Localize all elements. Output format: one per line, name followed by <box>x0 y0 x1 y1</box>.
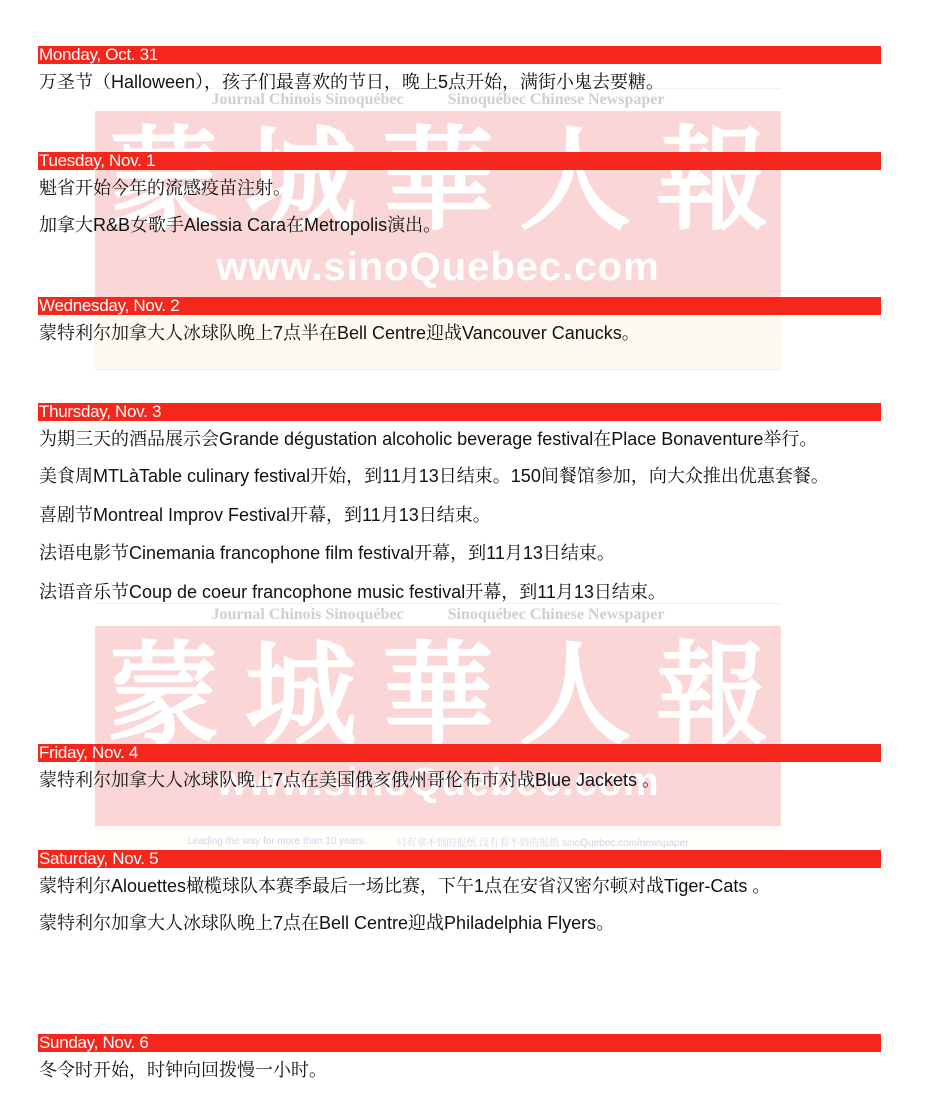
event-entry: 蒙特利尔加拿大人冰球队晚上7点在美国俄亥俄州哥伦布市对战Blue Jackets… <box>38 762 881 799</box>
event-entry: 蒙特利尔加拿大人冰球队晚上7点在Bell Centre迎战Philadelphi… <box>38 905 881 942</box>
watermark-char: 蒙 <box>108 640 220 752</box>
day-header: Saturday, Nov. 5 <box>38 850 881 868</box>
event-entry: 加拿大R&B女歌手Alessia Cara在Metropolis演出。 <box>38 207 881 244</box>
watermark-char: 人 <box>519 640 631 752</box>
day-tuesday: Tuesday, Nov. 1 魁省开始今年的流感疫苗注射。 加拿大R&B女歌手… <box>38 152 881 244</box>
event-entry: 蒙特利尔Alouettes橄榄球队本赛季最后一场比赛，下午1点在安省汉密尔顿对战… <box>38 868 859 905</box>
watermark-url: www.sinoQuebec.com <box>95 245 781 290</box>
watermark-char: 華 <box>382 640 494 752</box>
day-header: Thursday, Nov. 3 <box>38 403 881 421</box>
day-sunday: Sunday, Nov. 6 冬令时开始，时钟向回拨慢一小时。 <box>38 1034 881 1089</box>
event-entry: 万圣节（Halloween），孩子们最喜欢的节日，晚上5点开始，满街小鬼去要糖。 <box>38 64 881 101</box>
watermark-char: 城 <box>245 640 357 752</box>
event-entry: 喜剧节Montreal Improv Festival开幕，到11月13日结束。 <box>38 495 881 535</box>
day-header: Friday, Nov. 4 <box>38 744 881 762</box>
day-header: Tuesday, Nov. 1 <box>38 152 881 170</box>
watermark-footer-left: Leading the way for more than 10 years. <box>187 836 366 847</box>
day-wednesday: Wednesday, Nov. 2 蒙特利尔加拿大人冰球队晚上7点半在Bell … <box>38 297 881 352</box>
watermark-banner-bottom: Journal Chinois Sinoquébec Sinoquébec Ch… <box>95 603 781 866</box>
event-entry: 魁省开始今年的流感疫苗注射。 <box>38 170 881 207</box>
day-saturday: Saturday, Nov. 5 蒙特利尔Alouettes橄榄球队本赛季最后一… <box>38 850 881 942</box>
day-header: Sunday, Nov. 6 <box>38 1034 881 1052</box>
watermark-footer-right: 只有拿不到的报纸 没有看不到的报纸 sinoQuebec.com/newspap… <box>396 834 688 849</box>
event-entry: 为期三天的酒品展示会Grande dégustation alcoholic b… <box>38 421 859 458</box>
event-entry: 蒙特利尔加拿大人冰球队晚上7点半在Bell Centre迎战Vancouver … <box>38 315 881 352</box>
day-header: Wednesday, Nov. 2 <box>38 297 881 315</box>
event-entry: 冬令时开始，时钟向回拨慢一小时。 <box>38 1052 881 1089</box>
day-header: Monday, Oct. 31 <box>38 46 881 64</box>
day-friday: Friday, Nov. 4 蒙特利尔加拿大人冰球队晚上7点在美国俄亥俄州哥伦布… <box>38 744 881 799</box>
watermark-char: 報 <box>656 640 768 752</box>
day-thursday: Thursday, Nov. 3 为期三天的酒品展示会Grande dégust… <box>38 403 881 612</box>
event-entry: 法语音乐节Coup de coeur francophone music fes… <box>38 572 881 612</box>
watermark-title: 蒙 城 華 人 報 <box>95 626 781 752</box>
event-entry: 美食周MTLàTable culinary festival开始，到11月13日… <box>38 458 859 495</box>
day-monday: Monday, Oct. 31 万圣节（Halloween），孩子们最喜欢的节日… <box>38 46 881 101</box>
event-entry: 法语电影节Cinemania francophone film festival… <box>38 535 881 572</box>
